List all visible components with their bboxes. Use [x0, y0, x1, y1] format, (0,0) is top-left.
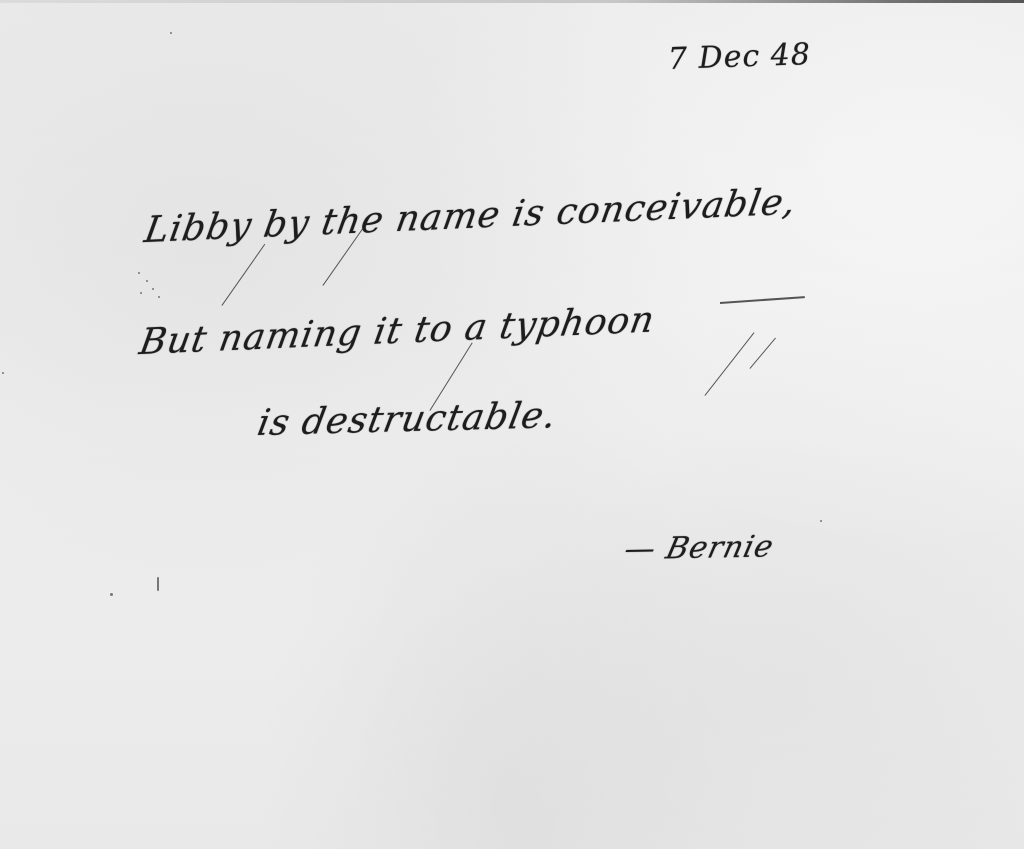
ink-top-bar-stroke — [720, 296, 805, 304]
paper-speck — [152, 288, 154, 290]
paper-speck — [140, 292, 142, 294]
paper-speck — [110, 593, 113, 596]
paper-speck — [157, 577, 159, 591]
paper-speck — [820, 520, 822, 522]
paper-speck — [2, 372, 4, 374]
note-signature: — Bernie — [621, 529, 777, 567]
paper-speck — [138, 272, 140, 274]
ink-descender-stroke — [704, 332, 754, 396]
paper-speck — [170, 32, 172, 34]
note-date: 7 Dec 48 — [667, 37, 811, 77]
note-line-1: Libby by the name is conceivable, — [142, 181, 800, 251]
note-line-3: is destructable. — [254, 395, 560, 444]
paper-top-edge — [0, 0, 1024, 3]
ink-descender-stroke — [221, 244, 265, 306]
paper-speck — [146, 280, 148, 282]
note-line-2: But naming it to a typhoon — [137, 299, 658, 363]
ink-descender-stroke — [749, 338, 776, 370]
paper-speck — [158, 296, 160, 298]
scanned-note-paper: 7 Dec 48 Libby by the name is conceivabl… — [0, 0, 1024, 849]
